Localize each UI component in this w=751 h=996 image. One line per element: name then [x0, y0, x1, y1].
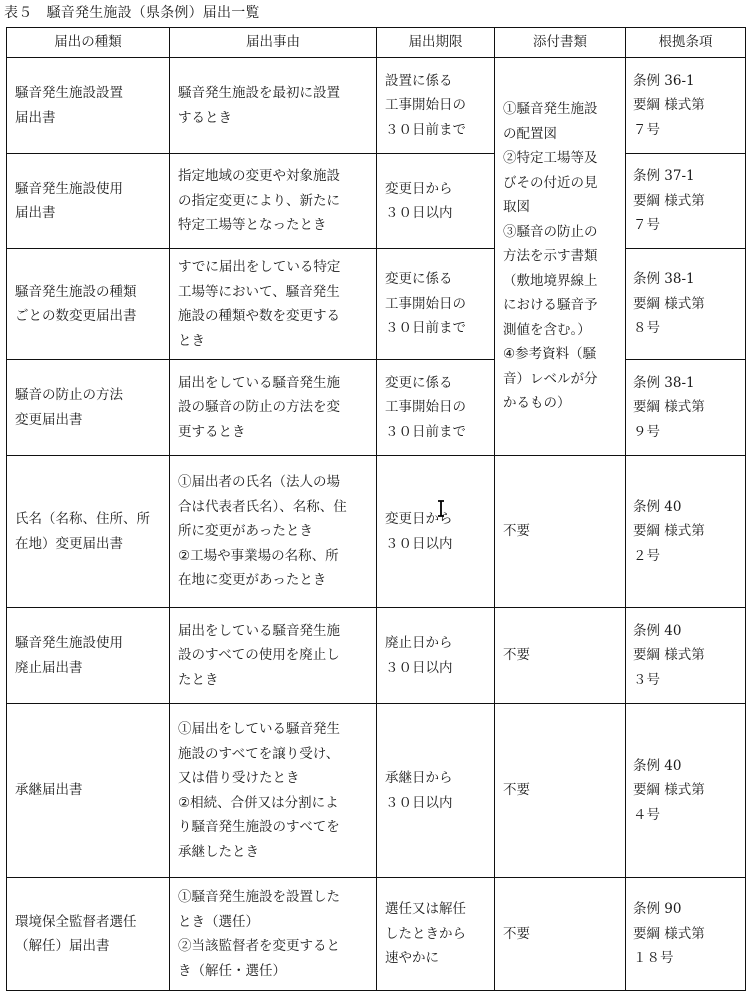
header-reason: 届出事由 [170, 28, 377, 58]
table-row: 騒音発生施設の種類 ごとの数変更届出書 すでに届出をしている特定 工場等において… [7, 249, 746, 360]
cell-deadline: 変更に係る 工事開始日の ３０日前まで [377, 360, 495, 456]
cell-basis: 条例 40 要綱 様式第 ２号 [626, 456, 746, 608]
cell-reason: 騒音発生施設を最初に設置 するとき [170, 58, 377, 154]
cell-deadline: 選任又は解任 したときから 速やかに [377, 878, 495, 991]
cell-deadline: 承継日から ３０日以内 [377, 704, 495, 878]
cell-shared-attachments: ①騒音発生施設 の配置図 ②特定工場等及 びその付近の見 取図 ③騒音の防止の … [495, 58, 626, 456]
table-row: 環境保全監督者選任 （解任）届出書 ①騒音発生施設を設置した とき（選任） ②当… [7, 878, 746, 991]
table-row: 騒音の防止の方法 変更届出書 届出をしている騒音発生施 設の騒音の防止の方法を変… [7, 360, 746, 456]
cell-reason: すでに届出をしている特定 工場等において、騒音発生 施設の種類や数を変更する と… [170, 249, 377, 360]
cell-reason: 届出をしている騒音発生施 設の騒音の防止の方法を変 更するとき [170, 360, 377, 456]
cell-basis: 条例 38-1 要綱 様式第 ８号 [626, 249, 746, 360]
header-deadline: 届出期限 [377, 28, 495, 58]
table-row: 騒音発生施設使用 届出書 指定地域の変更や対象施設 の指定変更により、新たに 特… [7, 154, 746, 249]
table-row: 氏名（名称、住所、所 在地）変更届出書 ①届出者の氏名（法人の場 合は代表者氏名… [7, 456, 746, 608]
table-header-row: 届出の種類 届出事由 届出期限 添付書類 根拠条項 [7, 28, 746, 58]
cell-basis: 条例 40 要綱 様式第 ３号 [626, 608, 746, 704]
cell-basis: 条例 40 要綱 様式第 ４号 [626, 704, 746, 878]
table-row: 承継届出書 ①届出をしている騒音発生 施設のすべてを譲り受け、 又は借り受けたと… [7, 704, 746, 878]
cell-deadline: 廃止日から ３０日以内 [377, 608, 495, 704]
cell-deadline: 変更に係る 工事開始日の ３０日前まで [377, 249, 495, 360]
cell-type: 騒音の防止の方法 変更届出書 [7, 360, 170, 456]
cell-basis: 条例 36-1 要綱 様式第 ７号 [626, 58, 746, 154]
cell-attachments: 不要 [495, 878, 626, 991]
cell-type: 承継届出書 [7, 704, 170, 878]
cell-deadline: 設置に係る 工事開始日の ３０日前まで [377, 58, 495, 154]
text-cursor-icon [437, 500, 445, 517]
table-row: 騒音発生施設設置 届出書 騒音発生施設を最初に設置 するとき 設置に係る 工事開… [7, 58, 746, 154]
cell-deadline: 変更日から ３０日以内 [377, 456, 495, 608]
table-caption: 表５ 騒音発生施設（県条例）届出一覧 [4, 4, 260, 22]
cell-basis: 条例 37-1 要綱 様式第 ７号 [626, 154, 746, 249]
cell-reason: 指定地域の変更や対象施設 の指定変更により、新たに 特定工場等となったとき [170, 154, 377, 249]
notification-table: 届出の種類 届出事由 届出期限 添付書類 根拠条項 騒音発生施設設置 届出書 騒… [6, 27, 746, 991]
cell-reason: ①届出をしている騒音発生 施設のすべてを譲り受け、 又は借り受けたとき ②相続、… [170, 704, 377, 878]
cell-reason: 届出をしている騒音発生施 設のすべての使用を廃止し たとき [170, 608, 377, 704]
cell-reason: ①届出者の氏名（法人の場 合は代表者氏名）、名称、住 所に変更があったとき ②工… [170, 456, 377, 608]
cell-type: 氏名（名称、住所、所 在地）変更届出書 [7, 456, 170, 608]
cell-type: 騒音発生施設使用 届出書 [7, 154, 170, 249]
header-attachments: 添付書類 [495, 28, 626, 58]
header-basis: 根拠条項 [626, 28, 746, 58]
cell-basis: 条例 90 要綱 様式第 １８号 [626, 878, 746, 991]
cell-attachments: 不要 [495, 456, 626, 608]
table-row: 騒音発生施設使用 廃止届出書 届出をしている騒音発生施 設のすべての使用を廃止し… [7, 608, 746, 704]
cell-reason: ①騒音発生施設を設置した とき（選任） ②当該監督者を変更すると き（解任・選任… [170, 878, 377, 991]
cell-basis: 条例 38-1 要綱 様式第 ９号 [626, 360, 746, 456]
cell-type: 騒音発生施設の種類 ごとの数変更届出書 [7, 249, 170, 360]
cell-attachments: 不要 [495, 704, 626, 878]
cell-type: 環境保全監督者選任 （解任）届出書 [7, 878, 170, 991]
cell-attachments: 不要 [495, 608, 626, 704]
cell-type: 騒音発生施設設置 届出書 [7, 58, 170, 154]
cell-deadline: 変更日から ３０日以内 [377, 154, 495, 249]
header-type: 届出の種類 [7, 28, 170, 58]
cell-type: 騒音発生施設使用 廃止届出書 [7, 608, 170, 704]
